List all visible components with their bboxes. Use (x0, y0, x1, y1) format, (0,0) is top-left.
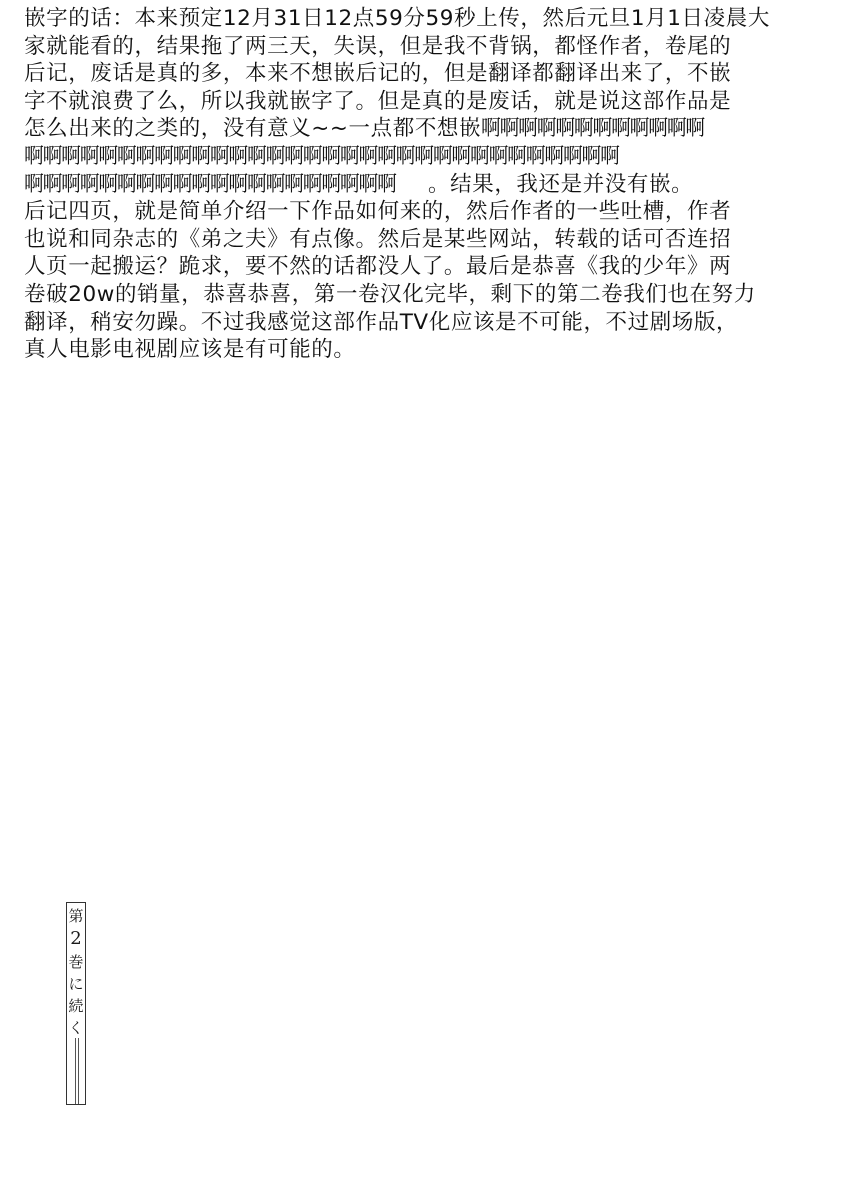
note-line-5: 怎么出来的之类的，没有意义~~一点都不想嵌啊啊啊啊啊啊啊啊啊啊啊啊 (24, 115, 824, 143)
ah-run-2: 啊啊啊啊啊啊啊啊啊啊啊啊啊啊啊啊啊啊啊啊啊啊啊啊啊啊啊啊啊啊啊啊 (24, 143, 619, 171)
note-line-11: 卷破20w的销量，恭喜恭喜，第一卷汉化完毕，剩下的第二卷我们也在努力 (24, 281, 824, 309)
vchar-4: に (68, 973, 83, 995)
dash-line-right (78, 1038, 79, 1104)
ah-run-1: 啊啊啊啊啊啊啊啊啊啊啊啊 (481, 115, 704, 143)
note-line-13: 真人电影电视剧应该是有可能的。 (24, 336, 824, 364)
note-line-9: 也说和同杂志的《弟之夫》有点像。然后是某些网站，转载的话可否连招 (24, 226, 824, 254)
vchar-5: 続 (68, 995, 83, 1017)
ah-run-3: 啊啊啊啊啊啊啊啊啊啊啊啊啊啊啊啊啊啊啊啊 (24, 171, 396, 199)
note-line-7: 啊啊啊啊啊啊啊啊啊啊啊啊啊啊啊啊啊啊啊啊。结果，我还是并没有嵌。 (24, 171, 824, 199)
vchar-1: 第 (68, 905, 83, 927)
note-line-7-tail: 。结果，我还是并没有嵌。 (428, 172, 693, 197)
note-line-8: 后记四页，就是简单介绍一下作品如何来的，然后作者的一些吐槽，作者 (24, 198, 824, 226)
vertical-text: 第 2 巻 に 続 く (67, 903, 85, 1039)
note-line-3: 后记，废话是真的多，本来不想嵌后记的，但是翻译都翻译出来了，不嵌 (24, 60, 824, 88)
note-line-4: 字不就浪费了么，所以我就嵌字了。但是真的是废话，就是说这部作品是 (24, 88, 824, 116)
note-line-2: 家就能看的，结果拖了两三天，失误，但是我不背锅，都怪作者，卷尾的 (24, 33, 824, 61)
note-line-1: 嵌字的话：本来预定12月31日12点59分59秒上传，然后元旦1月1日凌晨大 (24, 5, 824, 33)
vchar-3: 巻 (68, 951, 83, 973)
note-line-12: 翻译，稍安勿躁。不过我感觉这部作品TV化应该是不可能，不过剧场版， (24, 309, 824, 337)
note-line-10: 人页一起搬运？跪求，要不然的话都没人了。最后是恭喜《我的少年》两 (24, 253, 824, 281)
translator-note: 嵌字的话：本来预定12月31日12点59分59秒上传，然后元旦1月1日凌晨大 家… (24, 5, 824, 364)
to-be-continued-box: 第 2 巻 に 続 く (66, 902, 86, 1105)
dash-line-left (75, 1038, 76, 1104)
note-line-6: 啊啊啊啊啊啊啊啊啊啊啊啊啊啊啊啊啊啊啊啊啊啊啊啊啊啊啊啊啊啊啊啊 (24, 143, 824, 171)
vchar-6: く (68, 1017, 83, 1039)
note-line-5-text: 怎么出来的之类的，没有意义~~一点都不想嵌 (24, 116, 481, 141)
vchar-2: 2 (70, 927, 81, 951)
